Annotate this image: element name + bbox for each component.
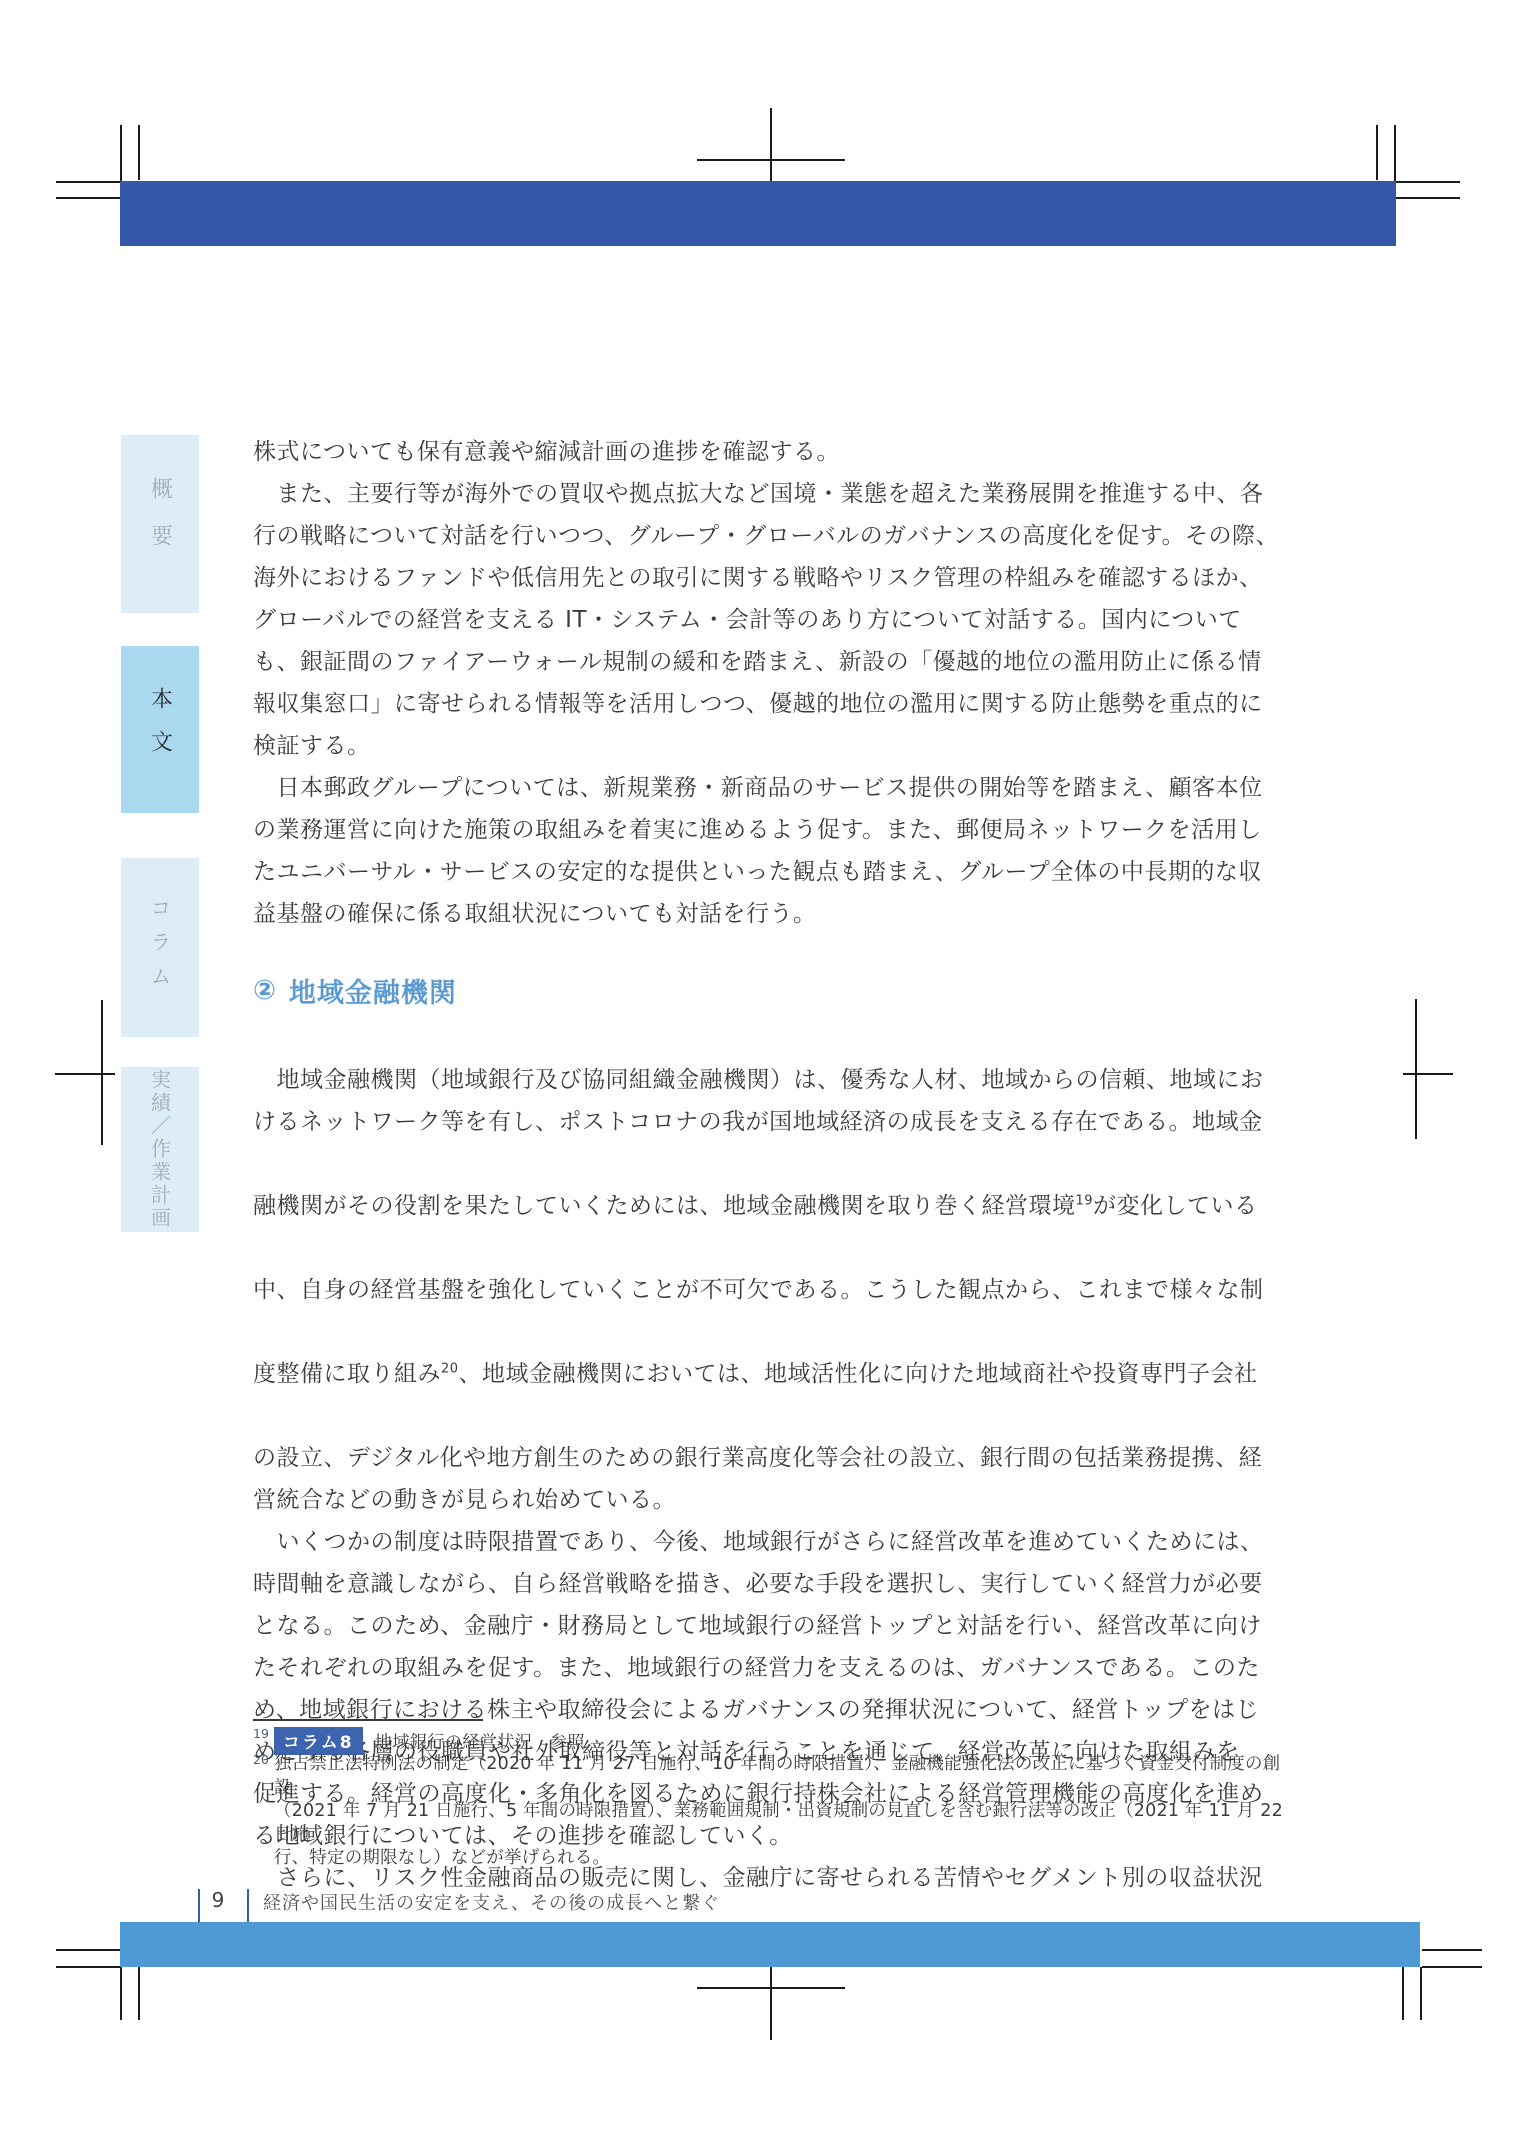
document-page: 概要 本文 コラム 実績／作業計画 株式についても保有意義や縮減計画の進捗を確認… [0,0,1519,2150]
column-8-badge[interactable]: コラム8 [274,1727,363,1755]
body-text: 度整備に取り組み [253,1361,441,1387]
header-band [120,181,1396,246]
body-line-group: 地域金融機関（地域銀行及び協同組織金融機関）は、優秀な人材、地域からの信頼、地域… [253,1059,1283,1143]
crop-mark-bottom-right-v1 [1402,1967,1404,2020]
crop-mark-top-right-v1 [1376,125,1378,180]
section-heading-text: 地域金融機関 [289,971,457,1010]
crop-mark-bottom-left-h1 [56,1949,120,1951]
sidebar-tab-overview[interactable]: 概要 [121,435,199,613]
crop-mark-top-left-h2 [56,197,120,199]
page-number: 9 [200,1888,236,1912]
crop-mark-mid-right-h [1403,1073,1453,1075]
crop-mark-mid-right-v [1415,999,1417,1139]
body-line-with-footnote-19: 融機関がその役割を果たしていくためには、地域金融機関を取り巻く経営環境19が変化… [253,1185,1283,1227]
crop-mark-bottom-right-v2 [1420,1967,1422,2020]
crop-mark-top-left-v1 [120,125,122,181]
crop-mark-bottom-right-h1 [1422,1949,1482,1951]
body-text: 、地域金融機関においては、地域活性化に向けた地域商社や投資専門子会社 [459,1361,1258,1387]
crop-mark-top-left-h1 [56,181,120,183]
crop-mark-bottom-left-h2 [56,1966,120,1968]
crop-mark-top-right-h2 [1396,197,1460,199]
crop-mark-top-right-h1 [1396,181,1460,183]
footnote-separator [253,1719,483,1721]
body-paragraphs-upper: 株式についても保有意義や縮減計画の進捗を確認する。 また、主要行等が海外での買収… [253,431,1283,935]
section-heading-number: ② [253,975,277,1006]
crop-mark-bottom-left-v1 [120,1967,122,2020]
sidebar-tab-main-text-label: 本文 [145,687,176,773]
footnote-19: 19 コラム8 地域銀行の経営状況 参照 [253,1727,585,1755]
body-line: 中、自身の経営基盤を強化していくことが不可欠である。こうした観点から、これまで様… [253,1269,1283,1311]
section-heading: ② 地域金融機関 [253,971,457,1010]
sidebar-tab-results-workplan-label: 実績／作業計画 [146,1069,175,1230]
crop-mark-bottom-center-h [697,1987,845,1989]
crop-mark-top-right-v2 [1394,125,1396,181]
sidebar-tab-column[interactable]: コラム [121,858,199,1037]
body-text: が変化している [1093,1193,1258,1219]
body-line-with-footnote-20: 度整備に取り組み20、地域金融機関においては、地域活性化に向けた地域商社や投資専… [253,1353,1283,1395]
crop-mark-bottom-left-v2 [138,1967,140,2020]
footnote-20-text: 独占禁止法特例法の制定（2020 年 11 月 27 日施行、10 年間の時限措… [274,1753,1289,1871]
footnote-19-number: 19 [253,1727,269,1741]
footnote-20-number: 20 [253,1753,269,1767]
body-text: 融機関がその役割を果たしていくためには、地域金融機関を取り巻く経営環境 [253,1193,1076,1219]
footnote-ref-19[interactable]: 19 [1076,1193,1094,1208]
crop-mark-bottom-right-h2 [1422,1966,1482,1968]
footer-band [120,1922,1420,1967]
footer-caption: 経済や国民生活の安定を支え、その後の成長へと繋ぐ [263,1889,720,1915]
sidebar-tab-main-text[interactable]: 本文 [121,646,199,813]
crop-mark-top-center-h [697,159,845,161]
crop-mark-mid-left-h [55,1073,115,1075]
footnote-20: 20 独占禁止法特例法の制定（2020 年 11 月 27 日施行、10 年間の… [253,1753,1289,1871]
sidebar-tab-results-workplan[interactable]: 実績／作業計画 [121,1067,199,1232]
sidebar-tab-column-label: コラム [145,897,175,999]
sidebar-tab-overview-label: 概要 [145,477,176,571]
crop-mark-top-left-v2 [138,125,140,180]
footnote-19-text: 地域銀行の経営状況 参照 [375,1729,585,1754]
footnote-ref-20[interactable]: 20 [441,1361,459,1376]
